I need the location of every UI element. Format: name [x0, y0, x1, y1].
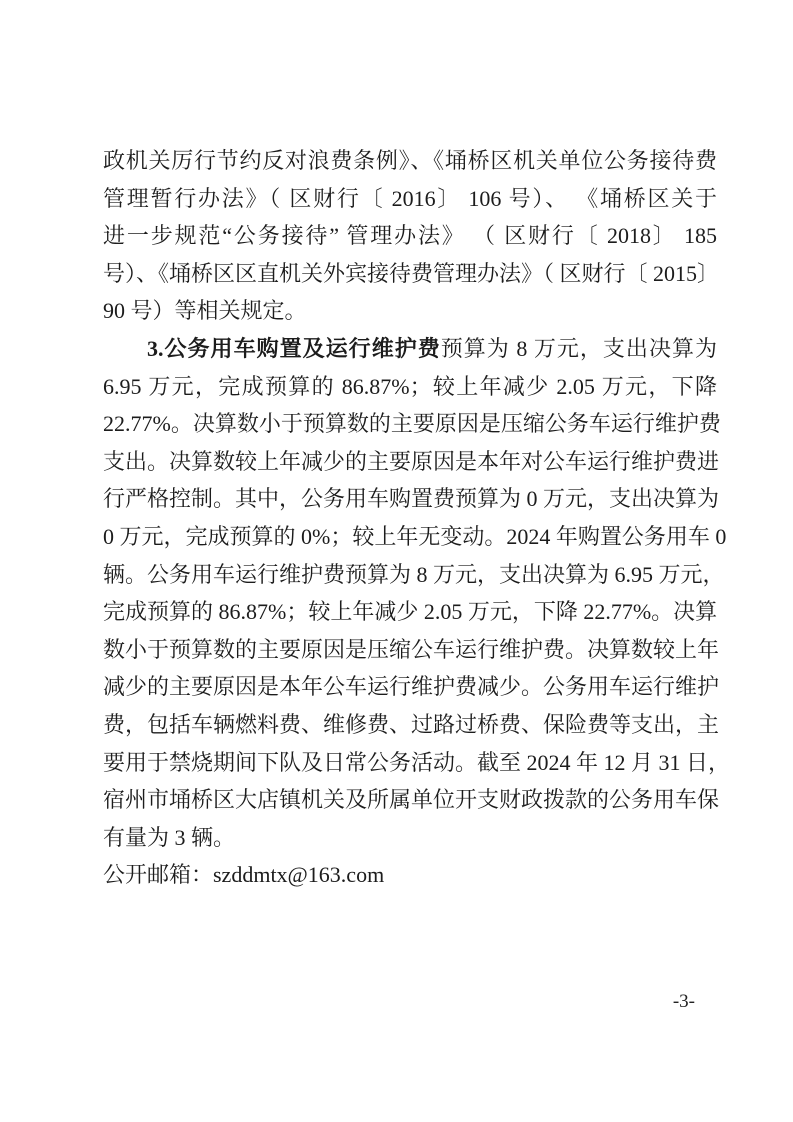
text-line: 有量为 3 辆。	[103, 819, 717, 857]
text-line: 减少的主要原因是本年公车运行维护费减少。公务用车运行维护	[103, 668, 717, 706]
text-line: 号）、《埇桥区区直机关外宾接待费管理办法》（ 区财行〔 2015〕	[103, 255, 717, 293]
text-line: 进一步规范“公务接待” 管理办法》 （ 区财行〔 2018〕 185	[103, 217, 717, 255]
text-line: 行严格控制。其中，公务用车购置费预算为 0 万元，支出决算为	[103, 480, 717, 518]
text-line: 费，包括车辆燃料费、维修费、过路过桥费、保险费等支出，主	[103, 706, 717, 744]
text-line-email: 公开邮箱：szddmtx@163.com	[103, 856, 717, 894]
text-line: 辆。公务用车运行维护费预算为 8 万元，支出决算为 6.95 万元，	[103, 556, 717, 594]
text-line: 90 号）等相关规定。	[103, 292, 717, 330]
document-body: 政机关厉行节约反对浪费条例》、《埇桥区机关单位公务接待费 管理暂行办法》（ 区财…	[103, 142, 717, 894]
text-line: 数小于预算数的主要原因是压缩公车运行维护费。决算数较上年	[103, 631, 717, 669]
text-line: 6.95 万元，完成预算的 86.87%；较上年减少 2.05 万元，下降	[103, 368, 717, 406]
text-line: 宿州市埇桥区大店镇机关及所属单位开支财政拨款的公务用车保	[103, 781, 717, 819]
text-line: 管理暂行办法》（ 区财行〔 2016〕 106 号）、 《埇桥区关于	[103, 180, 717, 218]
text-line: 完成预算的 86.87%；较上年减少 2.05 万元，下降 22.77%。决算	[103, 593, 717, 631]
document-page: 政机关厉行节约反对浪费条例》、《埇桥区机关单位公务接待费 管理暂行办法》（ 区财…	[0, 0, 793, 1122]
text-line: 支出。决算数较上年减少的主要原因是本年对公车运行维护费进	[103, 443, 717, 481]
text-line: 0 万元，完成预算的 0%；较上年无变动。2024 年购置公务用车 0	[103, 518, 717, 556]
text-line-section-heading: 3.公务用车购置及运行维护费预算为 8 万元，支出决算为	[103, 330, 717, 368]
text-line: 要用于禁烧期间下队及日常公务活动。截至 2024 年 12 月 31 日，	[103, 744, 717, 782]
text-segment: 预算为 8 万元，支出决算为	[441, 336, 717, 361]
text-line: 22.77%。决算数小于预算数的主要原因是压缩公务车运行维护费	[103, 405, 717, 443]
text-line: 政机关厉行节约反对浪费条例》、《埇桥区机关单位公务接待费	[103, 142, 717, 180]
page-number: -3-	[0, 991, 695, 1013]
section-heading-bold: 3.公务用车购置及运行维护费	[147, 336, 441, 361]
